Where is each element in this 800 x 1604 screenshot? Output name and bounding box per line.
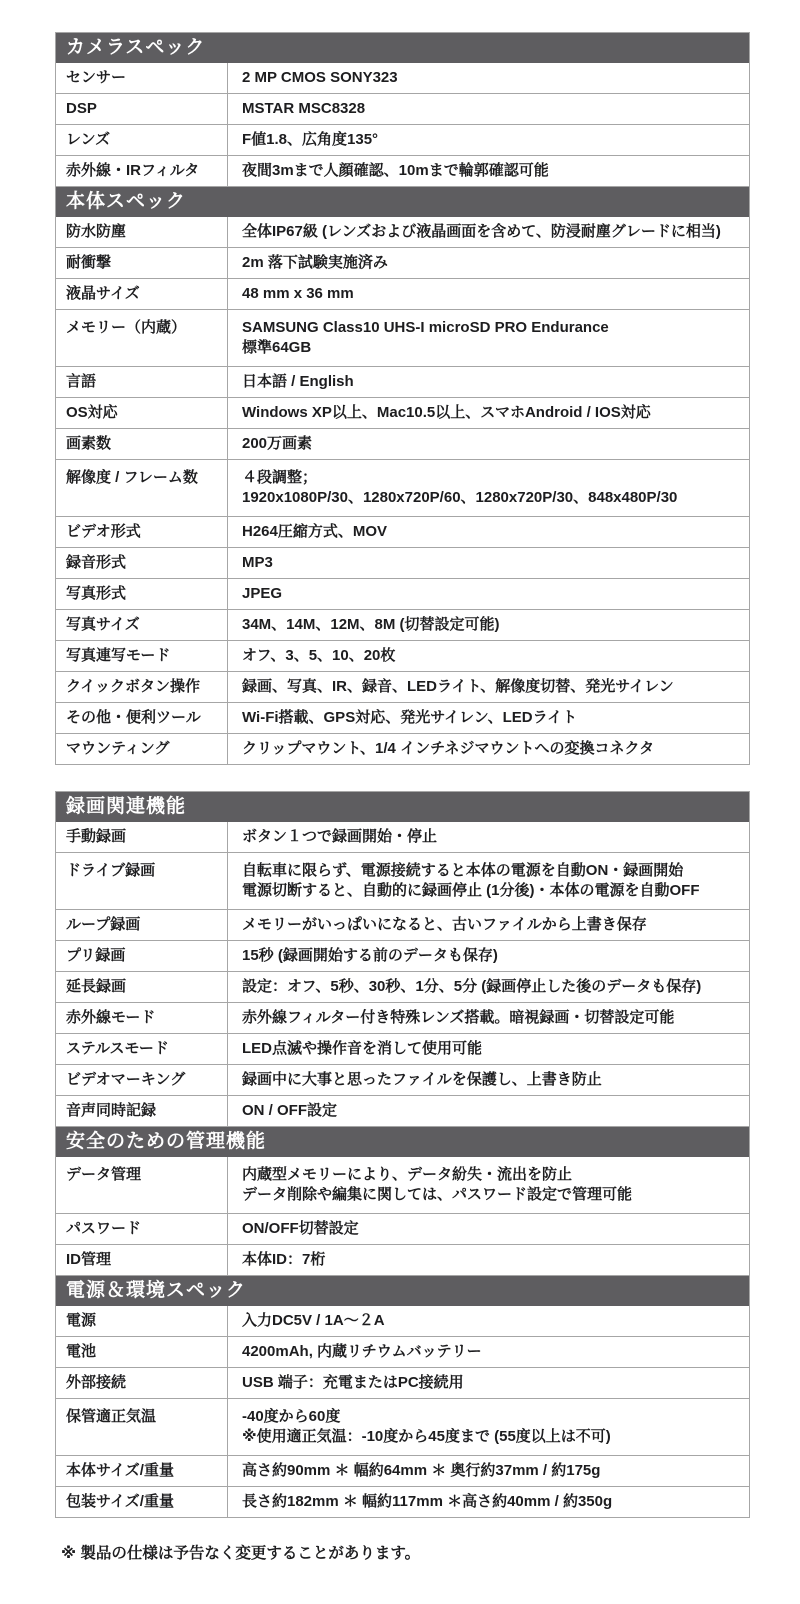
spec-label: 赤外線・IRフィルタ bbox=[56, 156, 228, 186]
spec-value: 全体IP67級 (レンズおよび液晶画面を含めて、防浸耐塵グレードに相当) bbox=[228, 217, 749, 247]
spec-label: ステルスモード bbox=[56, 1034, 228, 1064]
spec-label: メモリー（内蔵） bbox=[56, 310, 228, 366]
spec-label: ID管理 bbox=[56, 1245, 228, 1275]
spec-label: 耐衝撃 bbox=[56, 248, 228, 278]
spec-row: 電池4200mAh, 内蔵リチウムバッテリー bbox=[56, 1337, 749, 1368]
spec-row: マウンティングクリップマウント、1/4 インチネジマウントへの変換コネクタ bbox=[56, 734, 749, 764]
spec-label: DSP bbox=[56, 94, 228, 124]
spec-row: 耐衝撃2m 落下試験実施済み bbox=[56, 248, 749, 279]
spec-value: 高さ約90mm ＊ 幅約64mm ＊ 奥行約37mm / 約175g bbox=[228, 1456, 749, 1486]
spec-value-line: MSTAR MSC8328 bbox=[242, 99, 741, 119]
spec-row: 防水防塵全体IP67級 (レンズおよび液晶画面を含めて、防浸耐塵グレードに相当) bbox=[56, 217, 749, 248]
spec-row: ループ録画メモリーがいっぱいになると、古いファイルから上書き保存 bbox=[56, 910, 749, 941]
spec-value-line: 自転車に限らず、電源接続すると本体の電源を自動ON・録画開始 bbox=[242, 861, 741, 881]
spec-value: ４段調整；1920x1080P/30、1280x720P/60、1280x720… bbox=[228, 460, 749, 516]
spec-row: メモリー（内蔵）SAMSUNG Class10 UHS-I microSD PR… bbox=[56, 310, 749, 367]
spec-value-line: H264圧縮方式、MOV bbox=[242, 522, 741, 542]
spec-label: パスワード bbox=[56, 1214, 228, 1244]
spec-value: 日本語 / English bbox=[228, 367, 749, 397]
spec-value: 赤外線フィルター付き特殊レンズ搭載。暗視録画・切替設定可能 bbox=[228, 1003, 749, 1033]
spec-value-line: 15秒 (録画開始する前のデータも保存) bbox=[242, 946, 741, 966]
spec-value-line: メモリーがいっぱいになると、古いファイルから上書き保存 bbox=[242, 915, 741, 935]
spec-value-line: ボタン１つで録画開始・停止 bbox=[242, 827, 741, 847]
spec-value-line: MP3 bbox=[242, 553, 741, 573]
footnote: ※ 製品の仕様は予告なく変更することがあります。 bbox=[55, 1544, 750, 1564]
spec-value: 15秒 (録画開始する前のデータも保存) bbox=[228, 941, 749, 971]
spec-value: USB 端子：充電またはPC接続用 bbox=[228, 1368, 749, 1398]
spec-row: 本体サイズ/重量高さ約90mm ＊ 幅約64mm ＊ 奥行約37mm / 約17… bbox=[56, 1456, 749, 1487]
spec-value-line: 録画、写真、IR、録音、LEDライト、解像度切替、発光サイレン bbox=[242, 677, 741, 697]
spec-value-line: Wi-Fi搭載、GPS対応、発光サイレン、LEDライト bbox=[242, 708, 741, 728]
spec-row: レンズF値1.8、広角度135° bbox=[56, 125, 749, 156]
spec-value: JPEG bbox=[228, 579, 749, 609]
spec-value-line: Windows XP以上、Mac10.5以上、スマホAndroid / IOS対… bbox=[242, 403, 741, 423]
spec-value: Wi-Fi搭載、GPS対応、発光サイレン、LEDライト bbox=[228, 703, 749, 733]
spec-value: H264圧縮方式、MOV bbox=[228, 517, 749, 547]
spec-label: クイックボタン操作 bbox=[56, 672, 228, 702]
spec-value-line: USB 端子：充電またはPC接続用 bbox=[242, 1373, 741, 1393]
spec-row: クイックボタン操作録画、写真、IR、録音、LEDライト、解像度切替、発光サイレン bbox=[56, 672, 749, 703]
spec-value: オフ、3、5、10、20枚 bbox=[228, 641, 749, 671]
spec-label: その他・便利ツール bbox=[56, 703, 228, 733]
spec-value: ON/OFF切替設定 bbox=[228, 1214, 749, 1244]
spec-value-line: ４段調整； bbox=[242, 468, 741, 488]
spec-row: 赤外線・IRフィルタ夜間3mまで人顔確認、10mまで輪郭確認可能 bbox=[56, 156, 749, 187]
spec-value-line: 夜間3mまで人顔確認、10mまで輪郭確認可能 bbox=[242, 161, 741, 181]
spec-label: ビデオマーキング bbox=[56, 1065, 228, 1095]
spec-value-line: 設定：オフ、5秒、30秒、1分、5分 (録画停止した後のデータも保存) bbox=[242, 977, 741, 997]
spec-row: 音声同時記録ON / OFF設定 bbox=[56, 1096, 749, 1127]
spec-label: 画素数 bbox=[56, 429, 228, 459]
spec-value-line: 標準64GB bbox=[242, 338, 741, 358]
spec-value-line: 2 MP CMOS SONY323 bbox=[242, 68, 741, 88]
spec-table: カメラスペックセンサー2 MP CMOS SONY323DSPMSTAR MSC… bbox=[55, 32, 750, 765]
section-header: 録画関連機能 bbox=[56, 792, 749, 822]
spec-sheet: カメラスペックセンサー2 MP CMOS SONY323DSPMSTAR MSC… bbox=[0, 0, 800, 1604]
spec-value-line: F値1.8、広角度135° bbox=[242, 130, 741, 150]
section-header: 安全のための管理機能 bbox=[56, 1127, 749, 1157]
spec-row: 赤外線モード赤外線フィルター付き特殊レンズ搭載。暗視録画・切替設定可能 bbox=[56, 1003, 749, 1034]
spec-row: ステルスモードLED点滅や操作音を消して使用可能 bbox=[56, 1034, 749, 1065]
spec-label: 包装サイズ/重量 bbox=[56, 1487, 228, 1517]
spec-value: 長さ約182mm ＊ 幅約117mm ＊高さ約40mm / 約350g bbox=[228, 1487, 749, 1517]
spec-value-line: 1920x1080P/30、1280x720P/60、1280x720P/30、… bbox=[242, 488, 741, 508]
spec-value-line: 内蔵型メモリーにより、データ紛失・流出を防止 bbox=[242, 1165, 741, 1185]
spec-value: 200万画素 bbox=[228, 429, 749, 459]
spec-label: 写真サイズ bbox=[56, 610, 228, 640]
spec-row: 解像度 / フレーム数４段調整；1920x1080P/30、1280x720P/… bbox=[56, 460, 749, 517]
spec-row: データ管理内蔵型メモリーにより、データ紛失・流出を防止データ削除や編集に関しては… bbox=[56, 1157, 749, 1214]
spec-value-line: LED点滅や操作音を消して使用可能 bbox=[242, 1039, 741, 1059]
spec-value: 48 mm x 36 mm bbox=[228, 279, 749, 309]
spec-row: ビデオ形式H264圧縮方式、MOV bbox=[56, 517, 749, 548]
spec-label: 防水防塵 bbox=[56, 217, 228, 247]
spec-value-line: 4200mAh, 内蔵リチウムバッテリー bbox=[242, 1342, 741, 1362]
spec-value-line: データ削除や編集に関しては、パスワード設定で管理可能 bbox=[242, 1185, 741, 1205]
spec-label: プリ録画 bbox=[56, 941, 228, 971]
spec-label: センサー bbox=[56, 63, 228, 93]
spec-value-line: ON/OFF切替設定 bbox=[242, 1219, 741, 1239]
spec-value: Windows XP以上、Mac10.5以上、スマホAndroid / IOS対… bbox=[228, 398, 749, 428]
spec-value: MP3 bbox=[228, 548, 749, 578]
spec-row: DSPMSTAR MSC8328 bbox=[56, 94, 749, 125]
spec-value-line: クリップマウント、1/4 インチネジマウントへの変換コネクタ bbox=[242, 739, 741, 759]
spec-value: 設定：オフ、5秒、30秒、1分、5分 (録画停止した後のデータも保存) bbox=[228, 972, 749, 1002]
spec-label: 本体サイズ/重量 bbox=[56, 1456, 228, 1486]
spec-label: ループ録画 bbox=[56, 910, 228, 940]
spec-value: 入力DC5V / 1A〜２A bbox=[228, 1306, 749, 1336]
spec-label: 保管適正気温 bbox=[56, 1399, 228, 1455]
spec-label: 手動録画 bbox=[56, 822, 228, 852]
spec-value-line: 200万画素 bbox=[242, 434, 741, 454]
section-header: 電源＆環境スペック bbox=[56, 1276, 749, 1306]
spec-row: 保管適正気温-40度から60度※使用適正気温：-10度から45度まで (55度以… bbox=[56, 1399, 749, 1456]
spec-value: 34M、14M、12M、8M (切替設定可能) bbox=[228, 610, 749, 640]
spec-label: 液晶サイズ bbox=[56, 279, 228, 309]
spec-label: 録音形式 bbox=[56, 548, 228, 578]
spec-row: 外部接続USB 端子：充電またはPC接続用 bbox=[56, 1368, 749, 1399]
spec-value-line: ※使用適正気温：-10度から45度まで (55度以上は不可) bbox=[242, 1427, 741, 1447]
spec-label: 写真形式 bbox=[56, 579, 228, 609]
section-header: カメラスペック bbox=[56, 33, 749, 63]
spec-row: パスワードON/OFF切替設定 bbox=[56, 1214, 749, 1245]
spec-row: 手動録画ボタン１つで録画開始・停止 bbox=[56, 822, 749, 853]
spec-value-line: 全体IP67級 (レンズおよび液晶画面を含めて、防浸耐塵グレードに相当) bbox=[242, 222, 741, 242]
spec-tables-container: カメラスペックセンサー2 MP CMOS SONY323DSPMSTAR MSC… bbox=[55, 32, 750, 1518]
spec-value: ON / OFF設定 bbox=[228, 1096, 749, 1126]
spec-row: 電源入力DC5V / 1A〜２A bbox=[56, 1306, 749, 1337]
spec-value: 2m 落下試験実施済み bbox=[228, 248, 749, 278]
spec-value: LED点滅や操作音を消して使用可能 bbox=[228, 1034, 749, 1064]
spec-row: 写真形式JPEG bbox=[56, 579, 749, 610]
spec-value-line: ON / OFF設定 bbox=[242, 1101, 741, 1121]
spec-label: データ管理 bbox=[56, 1157, 228, 1213]
spec-label: マウンティング bbox=[56, 734, 228, 764]
spec-row: ビデオマーキング録画中に大事と思ったファイルを保護し、上書き防止 bbox=[56, 1065, 749, 1096]
spec-value-line: オフ、3、5、10、20枚 bbox=[242, 646, 741, 666]
spec-row: 録音形式MP3 bbox=[56, 548, 749, 579]
spec-value: クリップマウント、1/4 インチネジマウントへの変換コネクタ bbox=[228, 734, 749, 764]
spec-value-line: 本体ID：7桁 bbox=[242, 1250, 741, 1270]
spec-row: OS対応Windows XP以上、Mac10.5以上、スマホAndroid / … bbox=[56, 398, 749, 429]
spec-label: OS対応 bbox=[56, 398, 228, 428]
spec-label: 音声同時記録 bbox=[56, 1096, 228, 1126]
spec-label: 電池 bbox=[56, 1337, 228, 1367]
spec-value-line: 2m 落下試験実施済み bbox=[242, 253, 741, 273]
spec-value-line: 日本語 / English bbox=[242, 372, 741, 392]
spec-value: メモリーがいっぱいになると、古いファイルから上書き保存 bbox=[228, 910, 749, 940]
spec-row: プリ録画15秒 (録画開始する前のデータも保存) bbox=[56, 941, 749, 972]
spec-value: 夜間3mまで人顔確認、10mまで輪郭確認可能 bbox=[228, 156, 749, 186]
spec-value: SAMSUNG Class10 UHS-I microSD PRO Endura… bbox=[228, 310, 749, 366]
spec-value-line: SAMSUNG Class10 UHS-I microSD PRO Endura… bbox=[242, 318, 741, 338]
spec-value-line: 長さ約182mm ＊ 幅約117mm ＊高さ約40mm / 約350g bbox=[242, 1492, 741, 1512]
spec-value: 録画、写真、IR、録音、LEDライト、解像度切替、発光サイレン bbox=[228, 672, 749, 702]
spec-row: その他・便利ツールWi-Fi搭載、GPS対応、発光サイレン、LEDライト bbox=[56, 703, 749, 734]
spec-value-line: 電源切断すると、自動的に録画停止 (1分後)・本体の電源を自動OFF bbox=[242, 881, 741, 901]
spec-label: 外部接続 bbox=[56, 1368, 228, 1398]
spec-row: センサー2 MP CMOS SONY323 bbox=[56, 63, 749, 94]
spec-row: ID管理本体ID：7桁 bbox=[56, 1245, 749, 1276]
spec-label: 電源 bbox=[56, 1306, 228, 1336]
section-header: 本体スペック bbox=[56, 187, 749, 217]
spec-row: 画素数200万画素 bbox=[56, 429, 749, 460]
spec-label: 解像度 / フレーム数 bbox=[56, 460, 228, 516]
spec-label: 赤外線モード bbox=[56, 1003, 228, 1033]
spec-row: 包装サイズ/重量長さ約182mm ＊ 幅約117mm ＊高さ約40mm / 約3… bbox=[56, 1487, 749, 1517]
spec-value: 内蔵型メモリーにより、データ紛失・流出を防止データ削除や編集に関しては、パスワー… bbox=[228, 1157, 749, 1213]
spec-value-line: JPEG bbox=[242, 584, 741, 604]
spec-value: 自転車に限らず、電源接続すると本体の電源を自動ON・録画開始電源切断すると、自動… bbox=[228, 853, 749, 909]
spec-value-line: 高さ約90mm ＊ 幅約64mm ＊ 奥行約37mm / 約175g bbox=[242, 1461, 741, 1481]
spec-label: レンズ bbox=[56, 125, 228, 155]
spec-value: MSTAR MSC8328 bbox=[228, 94, 749, 124]
spec-value-line: 入力DC5V / 1A〜２A bbox=[242, 1311, 741, 1331]
spec-value: -40度から60度※使用適正気温：-10度から45度まで (55度以上は不可) bbox=[228, 1399, 749, 1455]
spec-value: 4200mAh, 内蔵リチウムバッテリー bbox=[228, 1337, 749, 1367]
spec-table: 録画関連機能手動録画ボタン１つで録画開始・停止ドライブ録画自転車に限らず、電源接… bbox=[55, 791, 750, 1518]
spec-value-line: -40度から60度 bbox=[242, 1407, 741, 1427]
spec-label: ビデオ形式 bbox=[56, 517, 228, 547]
spec-value: ボタン１つで録画開始・停止 bbox=[228, 822, 749, 852]
spec-value: 2 MP CMOS SONY323 bbox=[228, 63, 749, 93]
spec-value-line: 34M、14M、12M、8M (切替設定可能) bbox=[242, 615, 741, 635]
spec-label: 言語 bbox=[56, 367, 228, 397]
spec-label: ドライブ録画 bbox=[56, 853, 228, 909]
spec-row: 液晶サイズ48 mm x 36 mm bbox=[56, 279, 749, 310]
spec-value-line: 録画中に大事と思ったファイルを保護し、上書き防止 bbox=[242, 1070, 741, 1090]
spec-label: 写真連写モード bbox=[56, 641, 228, 671]
spec-row: 言語日本語 / English bbox=[56, 367, 749, 398]
spec-value: 本体ID：7桁 bbox=[228, 1245, 749, 1275]
spec-value: 録画中に大事と思ったファイルを保護し、上書き防止 bbox=[228, 1065, 749, 1095]
spec-row: ドライブ録画自転車に限らず、電源接続すると本体の電源を自動ON・録画開始電源切断… bbox=[56, 853, 749, 910]
spec-row: 延長録画設定：オフ、5秒、30秒、1分、5分 (録画停止した後のデータも保存) bbox=[56, 972, 749, 1003]
spec-row: 写真連写モードオフ、3、5、10、20枚 bbox=[56, 641, 749, 672]
spec-row: 写真サイズ34M、14M、12M、8M (切替設定可能) bbox=[56, 610, 749, 641]
spec-value-line: 48 mm x 36 mm bbox=[242, 284, 741, 304]
spec-label: 延長録画 bbox=[56, 972, 228, 1002]
spec-value: F値1.8、広角度135° bbox=[228, 125, 749, 155]
spec-value-line: 赤外線フィルター付き特殊レンズ搭載。暗視録画・切替設定可能 bbox=[242, 1008, 741, 1028]
